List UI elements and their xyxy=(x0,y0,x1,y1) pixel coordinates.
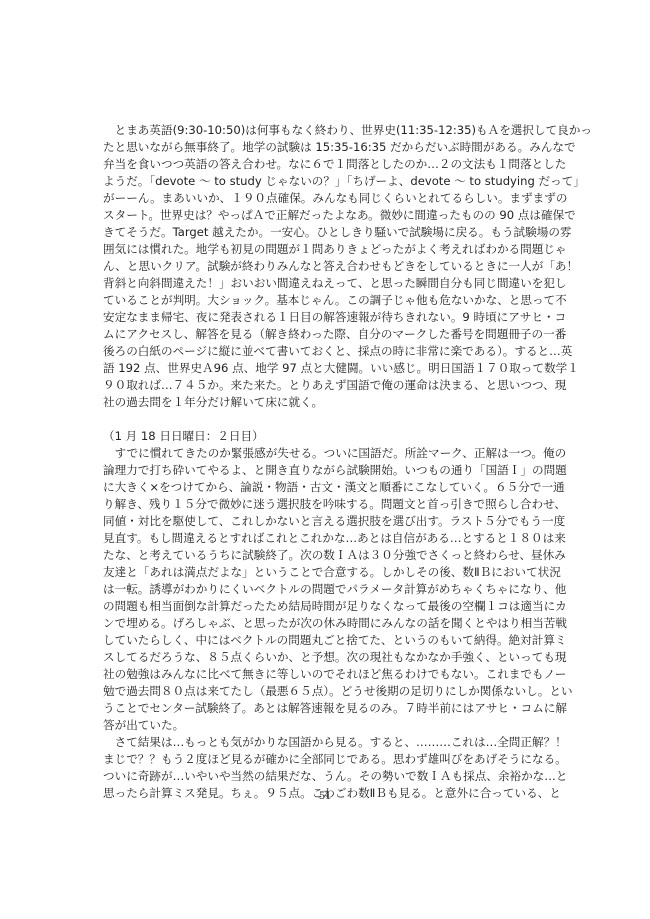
text-line: ようだ。「devote ～ to study じゃないの？」「ちげーよ、devo… xyxy=(103,173,548,190)
text-line: まじで？？もう２度ほど見るが確かに全部同じである。思わず雄叫びをあげそうになる。 xyxy=(103,751,548,768)
text-line: ンで埋める。げろしゃぶ、と思ったが次の休み時間にみんなの話を聞くとやはり相当苦戦 xyxy=(103,615,548,632)
paragraph-gap xyxy=(103,411,548,428)
text-line: うことでセンター試験終了。あとは解答速報を見るのみ。７時半前にはアサヒ・コムに解 xyxy=(103,700,548,717)
text-line: すでに慣れてきたのか緊張感が失せる。ついに国語だ。所詮マーク、正解は一つ。俺の xyxy=(103,445,548,462)
text-line: ていることが判明。大ショック。基本じゃん。この調子じゃ他も危ないかな、と思って不 xyxy=(103,292,548,309)
text-line: ついに奇跡が…いやいや当然の結果だな、うん。その勢いで数ＩＡも採点、余裕かな…と xyxy=(103,768,548,785)
text-line: ９０取れば…７４５か。来た来た。とりあえず国語で俺の運命は決まる、と思いつつ、現 xyxy=(103,377,548,394)
text-line: り解き、残り１５分で微妙に迷う選択肢を吟味する。問題文と首っ引きで照らし合わせ、 xyxy=(103,496,548,513)
text-line: していたらしく、中にはベクトルの問題丸ごと捨てた、というのもいて納得。絶対計算ミ xyxy=(103,632,548,649)
text-line: スしてるだろうな、８５点くらいか、と予想。次の現社もなかなか手強く、といっても現 xyxy=(103,649,548,666)
text-line: 社の勉強はみんなに比べて無きに等しいのでそれほど焦るわけでもない。これまでもノー xyxy=(103,666,548,683)
text-line: とまあ英語(9:30-10:50)は何事もなく終わり、世界史(11:35-12:… xyxy=(103,122,548,139)
section-date-heading: （1 月 18 日日曜日：２日目） xyxy=(103,428,548,445)
text-line: さて結果は…もっとも気がかりな国語から見る。すると、………これは…全問正解？！ xyxy=(103,734,548,751)
body-text: とまあ英語(9:30-10:50)は何事もなく終わり、世界史(11:35-12:… xyxy=(103,122,548,819)
text-line: 安定なまま帰宅、夜に発表される１日目の解答速報が待ちきれない。9 時頃にアサヒ・… xyxy=(103,309,548,326)
text-line: 背斜と向斜間違えた！」おいおい間違えねえって、と思った瞬間自分も同じ間違いを犯し xyxy=(103,275,548,292)
text-line: スタート。世界史は？やっぱＡで正解だったよなあ。微妙に間違ったものの 90 点は… xyxy=(103,207,548,224)
text-line: 友達と「あれは満点だよな」ということで合意する。しかしその後、数ⅡＢにおいて状況 xyxy=(103,564,548,581)
page-number: 51 xyxy=(0,788,650,803)
text-line: ん、と思いクリア。試験が終わりみんなと答え合わせもどきをしているときに一人が「あ… xyxy=(103,258,548,275)
text-line: 見直す。もし間違えるとすればこれとこれかな…あとは自信がある…とすると１８０は来 xyxy=(103,530,548,547)
text-line: 弁当を食いつつ英語の答え合わせ。なに６で１問落としたのか…２の文法も１問落とした xyxy=(103,156,548,173)
text-line xyxy=(103,802,548,819)
text-line: の問題も相当面倒な計算だったため結局時間が足りなくなって最後の空欄１コは適当にカ xyxy=(103,598,548,615)
text-line: 社の過去問を１年分だけ解いて床に就く。 xyxy=(103,394,548,411)
document-page: とまあ英語(9:30-10:50)は何事もなく終わり、世界史(11:35-12:… xyxy=(0,0,650,919)
text-line: たと思いながら無事終了。地学の試験は 15:35-16:35 だからだいぶ時間が… xyxy=(103,139,548,156)
text-line: 論理力で打ち砕いてやるよ、と開き直りながら試験開始。いつもの通り「国語Ｉ」の問題 xyxy=(103,462,548,479)
text-line: 囲気には慣れた。地学も初見の問題が１問ありきょどったがよく考えればわかる問題じゃ xyxy=(103,241,548,258)
text-line: がーーん。まあいいか、１９０点確保。みんなも同じくらいとれてるらしい。まずまずの xyxy=(103,190,548,207)
text-line: は一転。誘導がわかりにくいベクトルの問題でパラメータ計算がめちゃくちゃになり、他 xyxy=(103,581,548,598)
text-line: 答が出ていた。 xyxy=(103,717,548,734)
text-line: 同値・対比を駆使して、これしかないと言える選択肢を選び出す。ラスト５分でもう一度 xyxy=(103,513,548,530)
text-line: 語 192 点、世界史Ａ96 点、地学 97 点と大健闘。いい感じ。明日国語１７… xyxy=(103,360,548,377)
text-line: ムにアクセスし、解答を見る（解き終わった際、自分のマークした番号を問題冊子の一番 xyxy=(103,326,548,343)
text-line: たな、と考えているうちに試験終了。次の数ＩＡは３０分強でさくっと終わらせ、昼休み xyxy=(103,547,548,564)
text-line: きてそうだ。Target 越えたか。一安心。ひとしきり騒いで試験場に戻る。もう試… xyxy=(103,224,548,241)
text-line: に大きく×をつけてから、論説・物語・古文・漢文と順番にこなしていく。６５分で一通 xyxy=(103,479,548,496)
text-line: 勉で過去問８０点は来てたし（最悪６５点）。どうせ後期の足切りにしか関係ないし。と… xyxy=(103,683,548,700)
text-line: 後ろの白紙のページに縦に並べて書いておくと、採点の時に非常に楽である）。すると…… xyxy=(103,343,548,360)
